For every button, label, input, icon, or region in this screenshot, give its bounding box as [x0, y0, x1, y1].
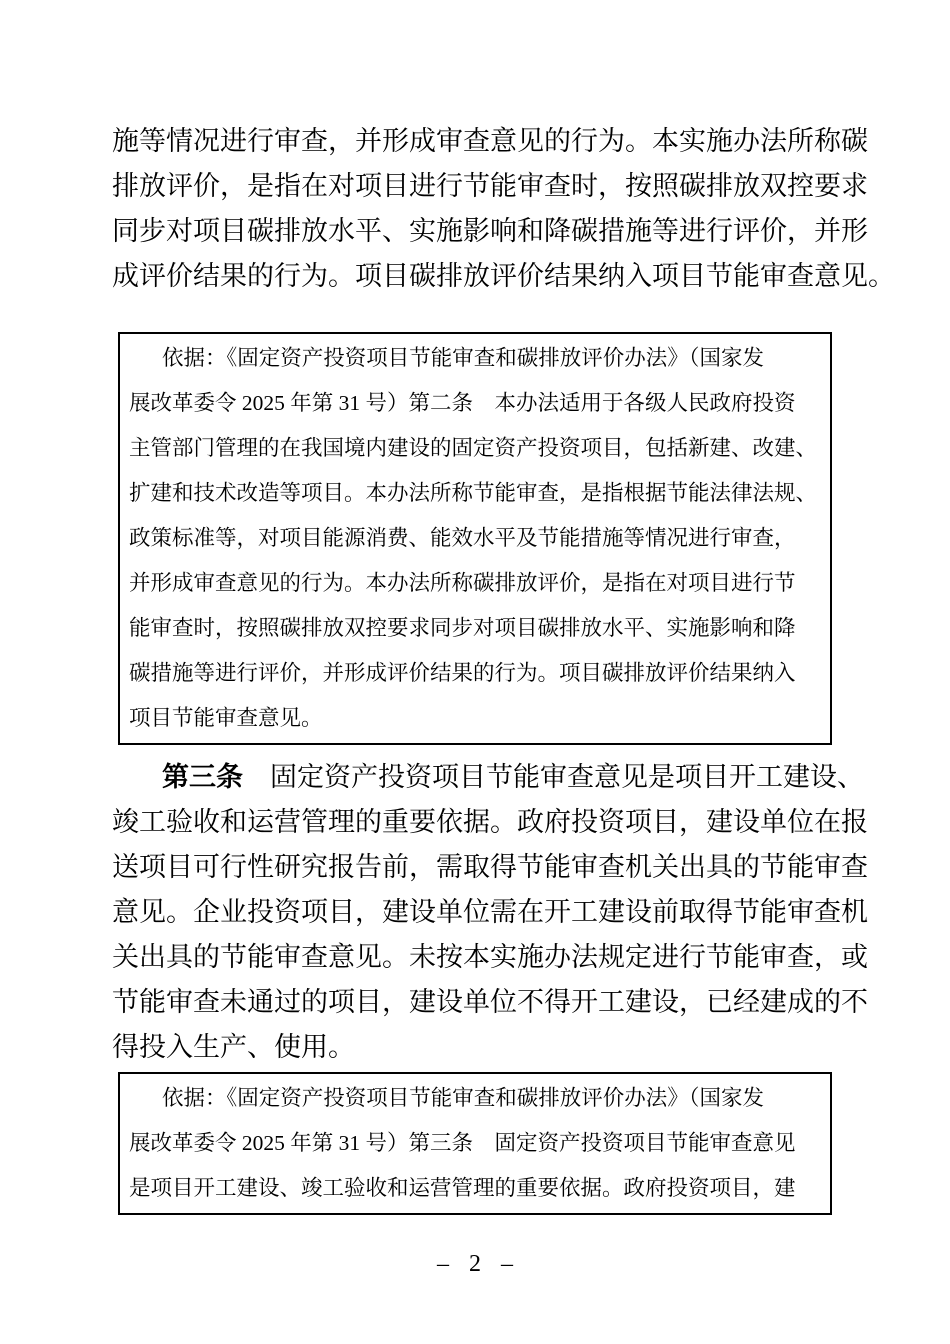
reference-box-1: 依据：《固定资产投资项目节能审查和碳排放评价办法》（国家发 展改革委令 2025…: [118, 332, 832, 745]
paragraph-article-3: 第三条 固定资产投资项目节能审查意见是项目开工建设、 竣工验收和运营管理的重要依…: [112, 755, 898, 1070]
page-number: – 2 –: [112, 1251, 842, 1278]
document-page: 施等情况进行审查，并形成审查意见的行为。本实施办法所称碳 排放评价，是指在对项目…: [0, 0, 898, 1278]
reference-box-2: 依据：《固定资产投资项目节能审查和碳排放评价办法》（国家发 展改革委令 2025…: [118, 1072, 832, 1215]
reference-box-1-text: 依据：《固定资产投资项目节能审查和碳排放评价办法》（国家发 展改革委令 2025…: [129, 336, 821, 741]
article-3-heading: 第三条: [162, 762, 243, 792]
article-3-body: 固定资产投资项目节能审查意见是项目开工建设、 竣工验收和运营管理的重要依据。政府…: [112, 762, 868, 1062]
reference-box-2-text: 依据：《固定资产投资项目节能审查和碳排放评价办法》（国家发 展改革委令 2025…: [129, 1076, 821, 1211]
paragraph-continuation: 施等情况进行审查，并形成审查意见的行为。本实施办法所称碳 排放评价，是指在对项目…: [112, 119, 898, 299]
